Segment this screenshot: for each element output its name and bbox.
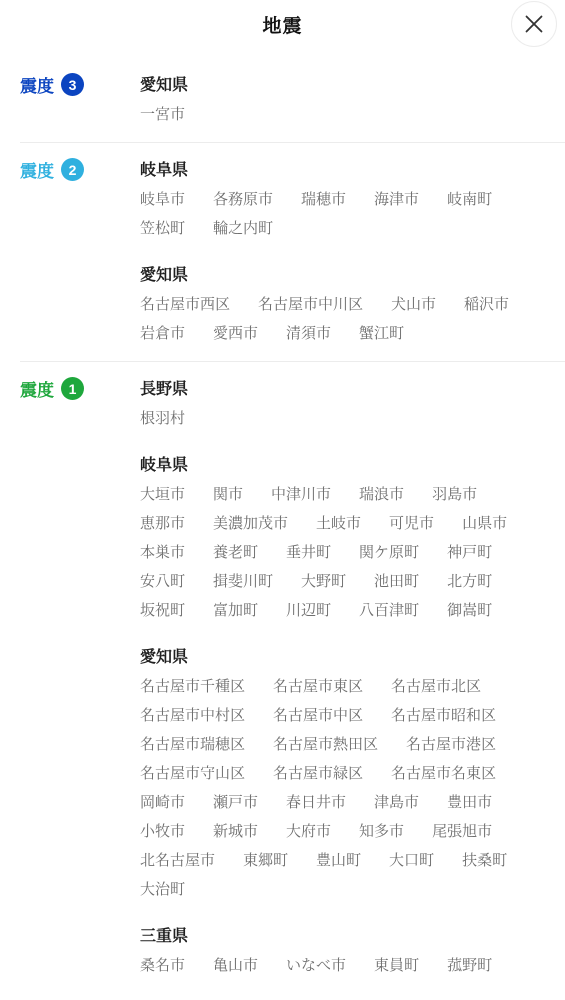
- close-icon: [524, 14, 544, 34]
- area-item: 菰野町: [447, 955, 492, 977]
- intensity-section-2: 震度2岐阜県岐阜市各務原市瑞穂市海津市岐南町笠松町輪之内町愛知県名古屋市西区名古…: [0, 143, 565, 361]
- area-item: 名古屋市中区: [273, 705, 363, 727]
- area-item: 名古屋市北区: [391, 676, 481, 698]
- area-item: 扶桑町: [462, 850, 507, 872]
- prefecture-name: 岐阜県: [140, 157, 545, 180]
- intensity-section-1: 震度1長野県根羽村岐阜県大垣市関市中津川市瑞浪市羽島市恵那市美濃加茂市土岐市可児…: [0, 362, 565, 993]
- area-item: 亀山市: [213, 955, 258, 977]
- area-item: 小牧市: [140, 821, 185, 843]
- area-item: 岡崎市: [140, 792, 185, 814]
- area-item: 豊田市: [447, 792, 492, 814]
- close-button[interactable]: [511, 1, 557, 47]
- intensity-text: 震度: [20, 157, 54, 182]
- prefecture-groups: 岐阜県岐阜市各務原市瑞穂市海津市岐南町笠松町輪之内町愛知県名古屋市西区名古屋市中…: [140, 157, 565, 353]
- prefecture-group: 愛知県名古屋市千種区名古屋市東区名古屋市北区名古屋市中村区名古屋市中区名古屋市昭…: [140, 644, 545, 901]
- area-item: 愛西市: [213, 323, 258, 345]
- area-item: 名古屋市千種区: [140, 676, 245, 698]
- area-item: 山県市: [462, 513, 507, 535]
- area-item: 恵那市: [140, 513, 185, 535]
- area-item: 神戸町: [447, 542, 492, 564]
- area-item: 北名古屋市: [140, 850, 215, 872]
- area-item: 揖斐川町: [213, 571, 273, 593]
- prefecture-name: 愛知県: [140, 644, 545, 667]
- area-item: 垂井町: [286, 542, 331, 564]
- area-item: 輪之内町: [213, 218, 273, 240]
- area-item: 岐阜市: [140, 189, 185, 211]
- area-item: 春日井市: [286, 792, 346, 814]
- area-item: 坂祝町: [140, 600, 185, 622]
- prefecture-groups: 愛知県一宮市: [140, 72, 565, 134]
- area-item: 名古屋市守山区: [140, 763, 245, 785]
- area-item: 大野町: [301, 571, 346, 593]
- intensity-label: 震度1: [20, 376, 140, 401]
- area-list: 名古屋市西区名古屋市中川区犬山市稲沢市岩倉市愛西市清須市蟹江町: [140, 294, 545, 345]
- prefecture-group: 愛知県一宮市: [140, 72, 545, 126]
- prefecture-group: 岐阜県大垣市関市中津川市瑞浪市羽島市恵那市美濃加茂市土岐市可児市山県市本巣市養老…: [140, 452, 545, 622]
- intensity-value-badge: 3: [61, 73, 84, 96]
- area-item: いなべ市: [286, 955, 346, 977]
- prefecture-name: 愛知県: [140, 72, 545, 95]
- area-item: 大府市: [286, 821, 331, 843]
- intensity-text: 震度: [20, 376, 54, 401]
- area-item: 関ケ原町: [359, 542, 419, 564]
- area-list: 岐阜市各務原市瑞穂市海津市岐南町笠松町輪之内町: [140, 189, 545, 240]
- area-list: 根羽村: [140, 408, 545, 430]
- area-item: 瑞穂市: [301, 189, 346, 211]
- prefecture-group: 愛知県名古屋市西区名古屋市中川区犬山市稲沢市岩倉市愛西市清須市蟹江町: [140, 262, 545, 345]
- area-item: 名古屋市緑区: [273, 763, 363, 785]
- area-item: 名古屋市熱田区: [273, 734, 378, 756]
- intensity-value-badge: 2: [61, 158, 84, 181]
- intensity-label: 震度2: [20, 157, 140, 182]
- intensity-text: 震度: [20, 72, 54, 97]
- prefecture-group: 長野県根羽村: [140, 376, 545, 430]
- area-item: 豊山町: [316, 850, 361, 872]
- area-item: 瑞浪市: [359, 484, 404, 506]
- area-item: 御嵩町: [447, 600, 492, 622]
- area-item: 各務原市: [213, 189, 273, 211]
- area-item: 名古屋市西区: [140, 294, 230, 316]
- area-item: 本巣市: [140, 542, 185, 564]
- header: 地震: [0, 0, 565, 48]
- area-item: 東郷町: [243, 850, 288, 872]
- area-item: 池田町: [374, 571, 419, 593]
- page-title: 地震: [262, 11, 302, 38]
- area-item: 瀬戸市: [213, 792, 258, 814]
- area-item: 東員町: [374, 955, 419, 977]
- area-item: 大口町: [389, 850, 434, 872]
- area-item: 養老町: [213, 542, 258, 564]
- area-item: 名古屋市港区: [406, 734, 496, 756]
- intensity-sections: 震度3愛知県一宮市震度2岐阜県岐阜市各務原市瑞穂市海津市岐南町笠松町輪之内町愛知…: [0, 48, 565, 993]
- area-item: 川辺町: [286, 600, 331, 622]
- prefecture-name: 愛知県: [140, 262, 545, 285]
- area-item: 名古屋市瑞穂区: [140, 734, 245, 756]
- prefecture-name: 岐阜県: [140, 452, 545, 475]
- earthquake-panel: 地震 震度3愛知県一宮市震度2岐阜県岐阜市各務原市瑞穂市海津市岐南町笠松町輪之内…: [0, 0, 565, 993]
- area-item: 大治町: [140, 879, 185, 901]
- area-item: 北方町: [447, 571, 492, 593]
- area-item: 富加町: [213, 600, 258, 622]
- prefecture-group: 三重県桑名市亀山市いなべ市東員町菰野町: [140, 923, 545, 977]
- area-item: 美濃加茂市: [213, 513, 288, 535]
- area-item: 名古屋市中川区: [258, 294, 363, 316]
- area-item: 中津川市: [271, 484, 331, 506]
- area-item: 知多市: [359, 821, 404, 843]
- area-item: 笠松町: [140, 218, 185, 240]
- area-item: 安八町: [140, 571, 185, 593]
- area-list: 大垣市関市中津川市瑞浪市羽島市恵那市美濃加茂市土岐市可児市山県市本巣市養老町垂井…: [140, 484, 545, 622]
- area-item: 関市: [213, 484, 243, 506]
- area-item: 新城市: [213, 821, 258, 843]
- area-item: 尾張旭市: [432, 821, 492, 843]
- area-item: 名古屋市中村区: [140, 705, 245, 727]
- area-item: 津島市: [374, 792, 419, 814]
- area-item: 海津市: [374, 189, 419, 211]
- area-item: 稲沢市: [464, 294, 509, 316]
- area-item: 岩倉市: [140, 323, 185, 345]
- area-item: 蟹江町: [359, 323, 404, 345]
- intensity-section-3: 震度3愛知県一宮市: [0, 58, 565, 142]
- area-item: 桑名市: [140, 955, 185, 977]
- area-item: 犬山市: [391, 294, 436, 316]
- prefecture-group: 岐阜県岐阜市各務原市瑞穂市海津市岐南町笠松町輪之内町: [140, 157, 545, 240]
- area-item: 可児市: [389, 513, 434, 535]
- prefecture-name: 長野県: [140, 376, 545, 399]
- area-item: 岐南町: [447, 189, 492, 211]
- area-item: 土岐市: [316, 513, 361, 535]
- area-item: 羽島市: [432, 484, 477, 506]
- area-item: 清須市: [286, 323, 331, 345]
- intensity-label: 震度3: [20, 72, 140, 97]
- area-item: 名古屋市東区: [273, 676, 363, 698]
- area-item: 八百津町: [359, 600, 419, 622]
- area-list: 桑名市亀山市いなべ市東員町菰野町: [140, 955, 545, 977]
- area-list: 一宮市: [140, 104, 545, 126]
- area-item: 大垣市: [140, 484, 185, 506]
- prefecture-name: 三重県: [140, 923, 545, 946]
- area-item: 名古屋市昭和区: [391, 705, 496, 727]
- area-list: 名古屋市千種区名古屋市東区名古屋市北区名古屋市中村区名古屋市中区名古屋市昭和区名…: [140, 676, 545, 901]
- area-item: 一宮市: [140, 104, 185, 126]
- area-item: 名古屋市名東区: [391, 763, 496, 785]
- area-item: 根羽村: [140, 408, 185, 430]
- prefecture-groups: 長野県根羽村岐阜県大垣市関市中津川市瑞浪市羽島市恵那市美濃加茂市土岐市可児市山県…: [140, 376, 565, 985]
- intensity-value-badge: 1: [61, 377, 84, 400]
